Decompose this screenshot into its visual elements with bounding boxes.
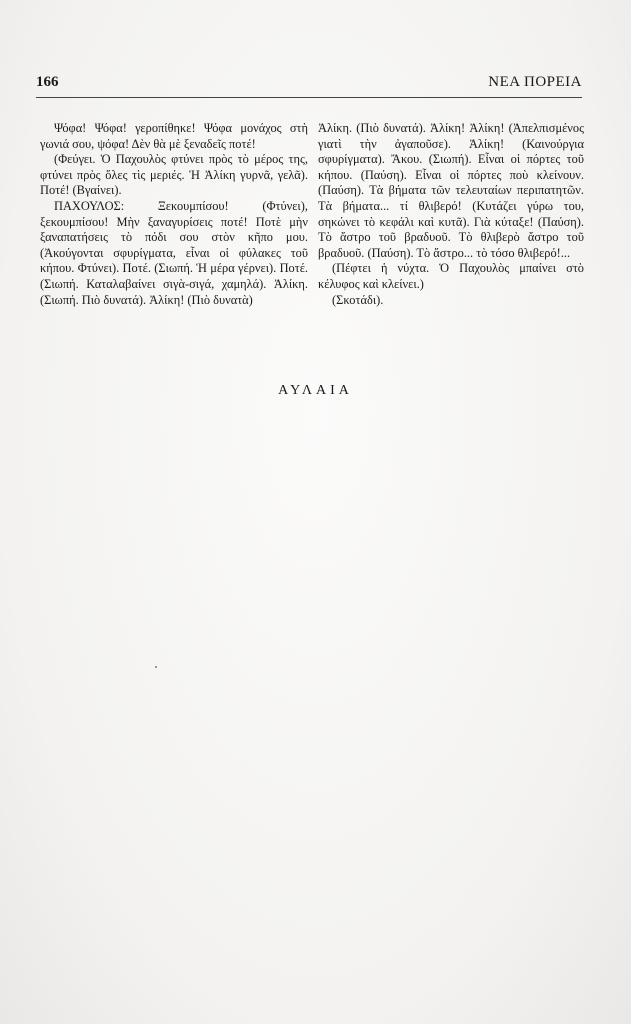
paragraph: (Πέφτει ἡ νύχτα. Ὁ Παχουλὸς μπαίνει στὸ …: [318, 261, 584, 292]
header-rule: [36, 97, 582, 98]
paragraph: ΠΑΧΟΥΛΟΣ: Ξεκουμπίσου! (Φτύνει), ξεκουμπ…: [40, 199, 308, 308]
page-header: 166 ΝΕΑ ΠΟΡΕΙΑ: [36, 74, 582, 98]
paragraph: (Φεύγει. Ὁ Παχουλὸς φτύνει πρὸς τὸ μέρος…: [40, 152, 308, 199]
paragraph: Ἀλίκη. (Πιὸ δυνατά). Ἀλίκη! Ἀλίκη! (Ἀπελ…: [318, 121, 584, 261]
end-mark: ΑΥΛΑΙΑ: [0, 383, 631, 399]
scan-speck: [155, 666, 157, 668]
paragraph: Ψόφα! Ψόφα! γεροπίθηκε! Ψόφα μονάχος στὴ…: [40, 121, 308, 152]
page-number: 166: [36, 74, 59, 91]
right-column: Ἀλίκη. (Πιὸ δυνατά). Ἀλίκη! Ἀλίκη! (Ἀπελ…: [318, 121, 584, 308]
scanned-page: 166 ΝΕΑ ΠΟΡΕΙΑ Ψόφα! Ψόφα! γεροπίθηκε! Ψ…: [0, 0, 631, 1024]
left-column: Ψόφα! Ψόφα! γεροπίθηκε! Ψόφα μονάχος στὴ…: [40, 121, 308, 308]
paragraph: (Σκοτάδι).: [318, 293, 584, 309]
running-title: ΝΕΑ ΠΟΡΕΙΑ: [488, 74, 582, 91]
